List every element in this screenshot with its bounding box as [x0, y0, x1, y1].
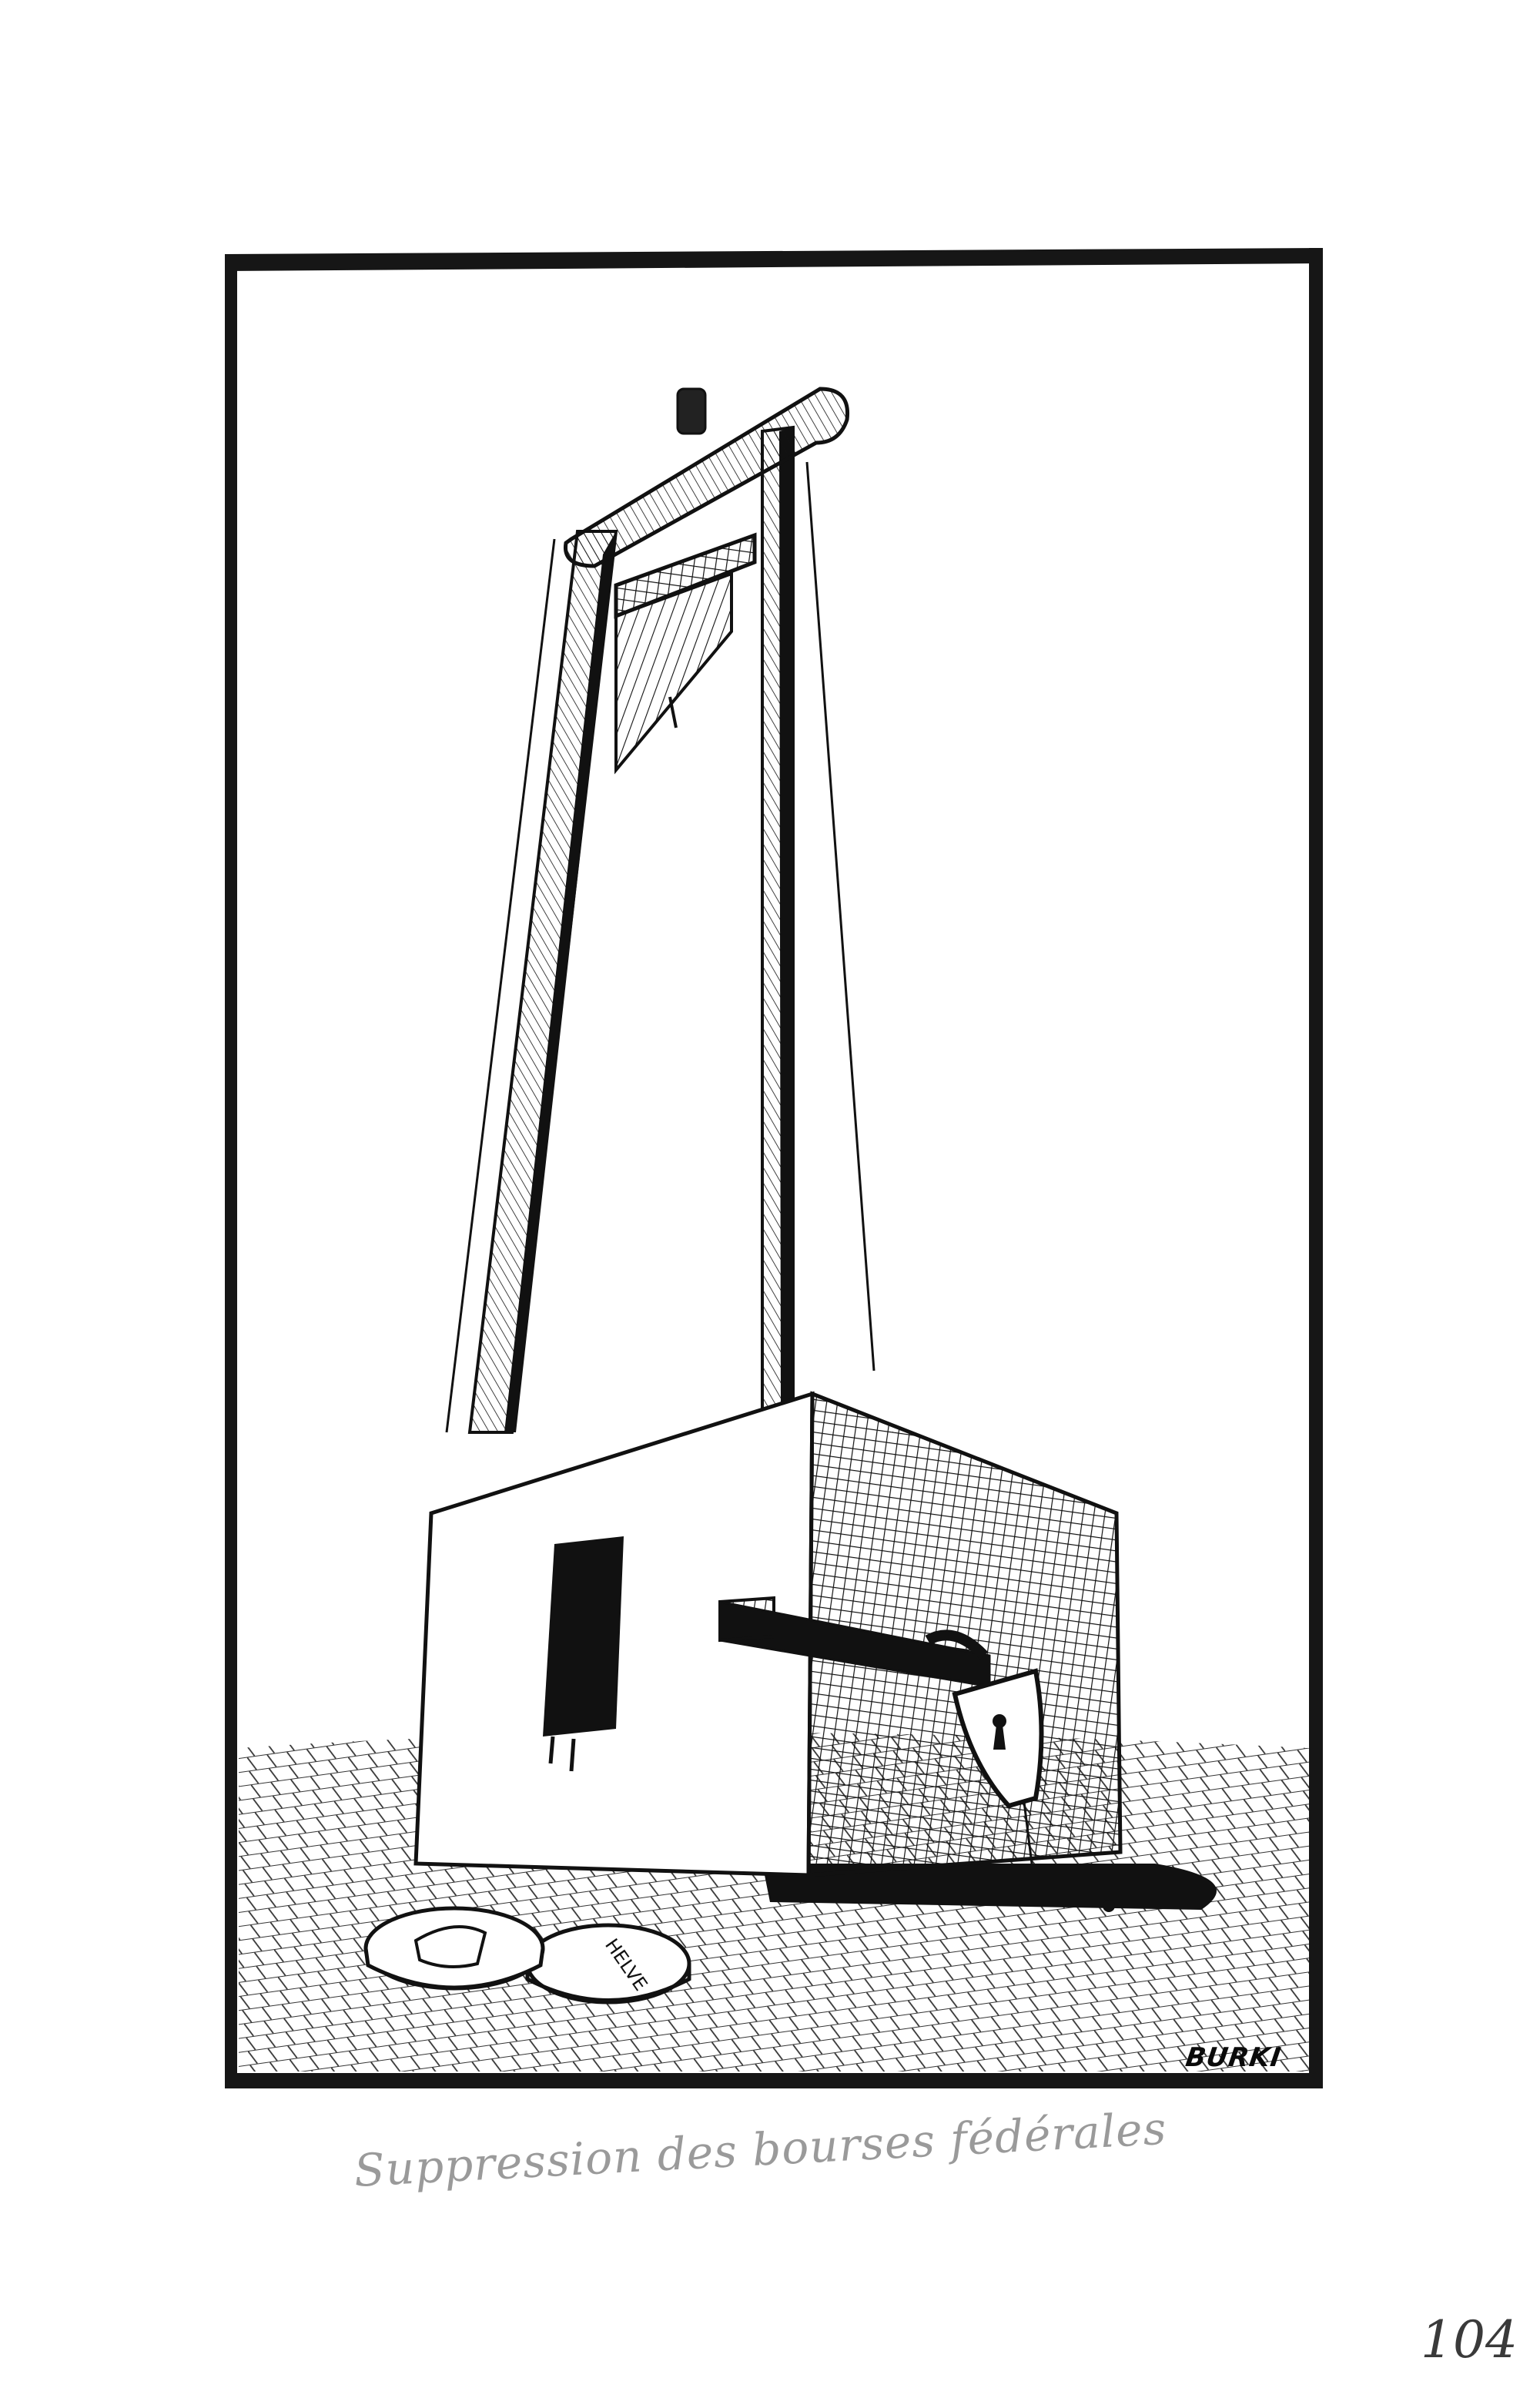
artist-signature: BURKI	[1183, 2042, 1283, 2073]
page-number: 104	[1421, 2310, 1518, 2370]
guillotine	[447, 389, 874, 1432]
cartoon-artwork: HELVE	[0, 0, 1540, 2388]
